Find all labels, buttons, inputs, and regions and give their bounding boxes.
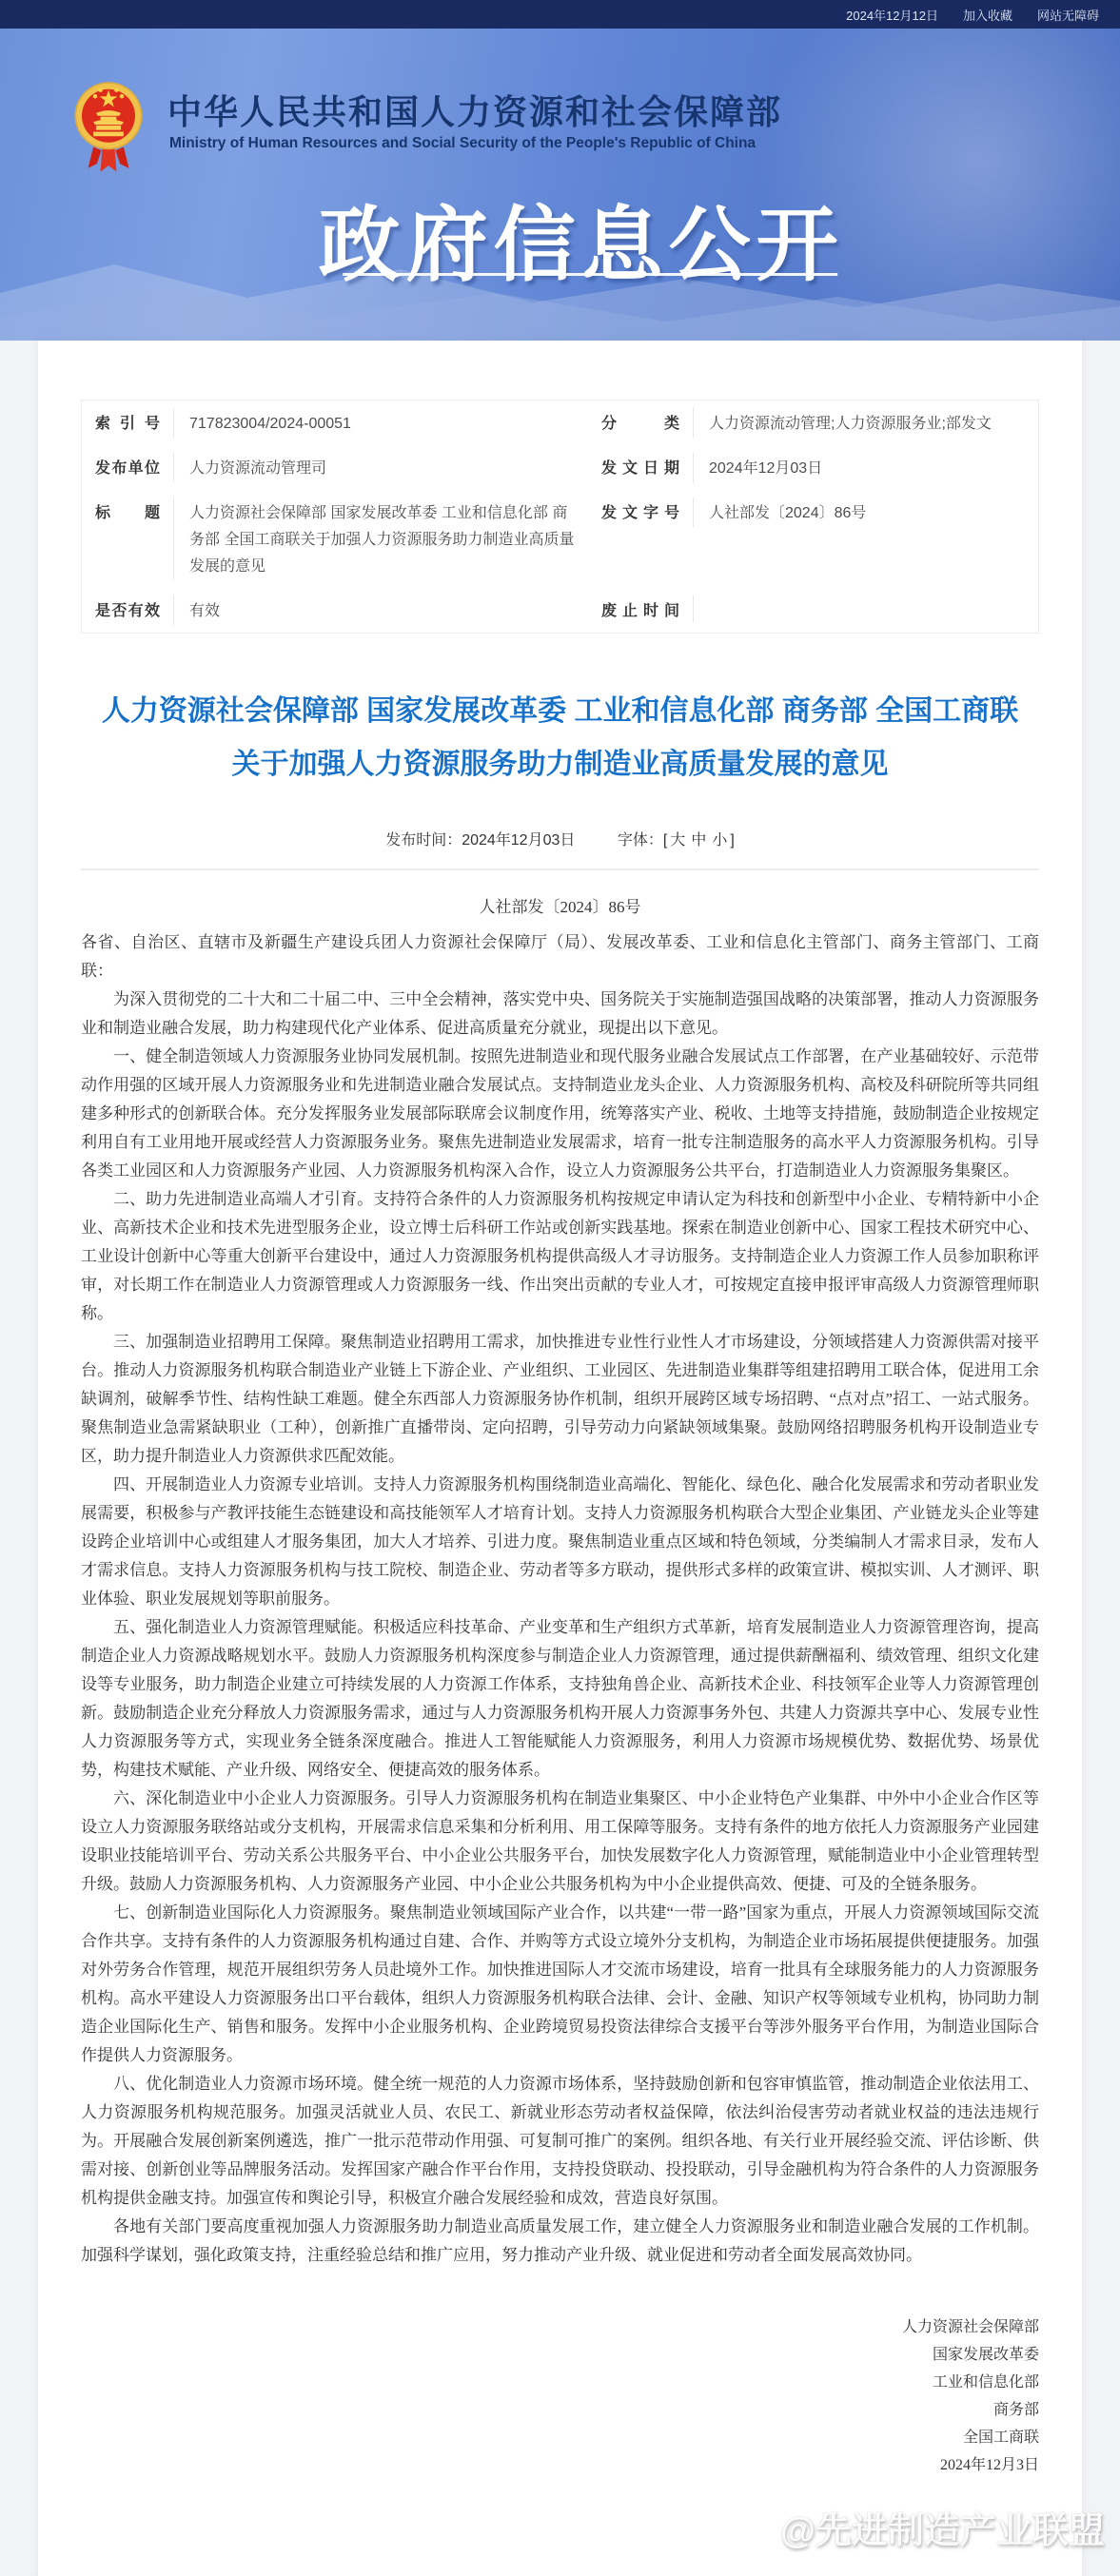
meta-value-index-no: 717823004/2024-00051 bbox=[173, 408, 588, 438]
favorite-link[interactable]: 加入收藏 bbox=[963, 6, 1012, 24]
meta-row: 标题 人力资源社会保障部 国家发展改革委 工业和信息化部 商务部 全国工商联关于… bbox=[82, 490, 1038, 588]
body-paragraph: 七、创新制造业国际化人力资源服务。聚焦制造业领域国际产业合作，以共建“一带一路”… bbox=[81, 1899, 1039, 2070]
signature-line: 人力资源社会保障部 bbox=[81, 2313, 1039, 2341]
meta-table: 索引号 717823004/2024-00051 分类 人力资源流动管理;人力资… bbox=[81, 400, 1039, 634]
meta-label-index-no: 索引号 bbox=[82, 408, 173, 438]
body-paragraph: 二、助力先进制造业高端人才引育。支持符合条件的人力资源服务机构按规定申请认定为科… bbox=[81, 1185, 1039, 1328]
content-divider bbox=[81, 868, 1039, 870]
meta-row: 是否有效 有效 废止时间 bbox=[82, 588, 1038, 633]
meta-value-doc-symbol: 人社部发〔2024〕86号 bbox=[693, 498, 1038, 527]
banner: 中华人民共和国人力资源和社会保障部 Ministry of Human Reso… bbox=[0, 29, 1120, 341]
font-controls-prefix: 字体：[ bbox=[618, 832, 667, 849]
meta-value-repeal-time bbox=[693, 595, 1038, 622]
ministry-name-en: Ministry of Human Resources and Social S… bbox=[169, 135, 756, 152]
doc-number: 人社部发〔2024〕86号 bbox=[81, 893, 1039, 917]
meta-value-category: 人力资源流动管理;人力资源服务业;部发文 bbox=[693, 408, 1038, 438]
body-paragraph: 四、开展制造业人力资源专业培训。支持人力资源服务机构围绕制造业高端化、智能化、绿… bbox=[81, 1471, 1039, 1613]
signature-line: 商务部 bbox=[81, 2396, 1039, 2424]
body-paragraph: 八、优化制造业人力资源市场环境。健全统一规范的人力资源市场体系，坚持鼓励创新和包… bbox=[81, 2070, 1039, 2213]
page-title: 人力资源社会保障部 国家发展改革委 工业和信息化部 商务部 全国工商联关于加强人… bbox=[81, 685, 1039, 791]
meta-label-category: 分类 bbox=[588, 408, 693, 438]
font-size-medium-link[interactable]: 中 bbox=[691, 832, 706, 849]
signature-line: 全国工商联 bbox=[81, 2424, 1039, 2451]
page: 2024年12月12日 加入收藏 网站无障碍 中华 bbox=[0, 0, 1120, 2576]
meta-value-issue-date: 2024年12月03日 bbox=[693, 453, 1038, 482]
meta-label-title: 标题 bbox=[82, 498, 173, 527]
meta-row: 索引号 717823004/2024-00051 分类 人力资源流动管理;人力资… bbox=[82, 400, 1038, 445]
document-body: 各省、自治区、直辖市及新疆生产建设兵团人力资源社会保障厅（局）、发展改革委、工业… bbox=[81, 928, 1039, 2270]
accessibility-link[interactable]: 网站无障碍 bbox=[1037, 6, 1099, 24]
publish-line: 发布时间：2024年12月03日 字体：[大中小] bbox=[81, 828, 1039, 849]
body-paragraph: 各省、自治区、直辖市及新疆生产建设兵团人力资源社会保障厅（局）、发展改革委、工业… bbox=[81, 928, 1039, 986]
meta-row: 发布单位 人力资源流动管理司 发文日期 2024年12月03日 bbox=[82, 445, 1038, 490]
signature-line: 国家发展改革委 bbox=[81, 2341, 1039, 2369]
meta-value-title: 人力资源社会保障部 国家发展改革委 工业和信息化部 商务部 全国工商联关于加强人… bbox=[173, 498, 588, 580]
signature-date: 2024年12月3日 bbox=[81, 2451, 1039, 2479]
national-emblem-icon bbox=[69, 74, 148, 177]
watermark-text: @先进制造产业联盟 bbox=[780, 2501, 1105, 2553]
content-card: 索引号 717823004/2024-00051 分类 人力资源流动管理;人力资… bbox=[38, 341, 1082, 2576]
body-paragraph: 五、强化制造业人力资源管理赋能。积极适应科技革命、产业变革和生产组织方式革新，培… bbox=[81, 1613, 1039, 1785]
ministry-name-cn: 中华人民共和国人力资源和社会保障部 bbox=[167, 86, 782, 134]
meta-value-issuing-unit: 人力资源流动管理司 bbox=[173, 453, 588, 482]
meta-value-validity: 有效 bbox=[173, 595, 588, 625]
meta-label-issue-date: 发文日期 bbox=[588, 453, 693, 482]
meta-label-doc-symbol: 发文字号 bbox=[588, 498, 693, 527]
meta-label-issuing-unit: 发布单位 bbox=[82, 453, 173, 482]
weibo-icon bbox=[727, 2507, 773, 2548]
body-paragraph: 六、深化制造业中小企业人力资源服务。引导人力资源服务机构在制造业集聚区、中小企业… bbox=[81, 1785, 1039, 1899]
body-paragraph: 一、健全制造领域人力资源服务业协同发展机制。按照先进制造业和现代服务业融合发展试… bbox=[81, 1043, 1039, 1185]
font-size-controls: 字体：[大中小] bbox=[618, 832, 735, 849]
signature-block: 人力资源社会保障部 国家发展改革委 工业和信息化部 商务部 全国工商联 2024… bbox=[81, 2313, 1039, 2479]
font-controls-suffix: ] bbox=[730, 832, 734, 849]
banner-title-underline bbox=[343, 273, 837, 276]
top-utility-bar: 2024年12月12日 加入收藏 网站无障碍 bbox=[0, 0, 1120, 29]
body-paragraph: 各地有关部门要高度重视加强人力资源服务助力制造业高质量发展工作，建立健全人力资源… bbox=[81, 2213, 1039, 2270]
font-size-small-link[interactable]: 小 bbox=[712, 832, 727, 849]
body-paragraph: 为深入贯彻党的二十大和二十届二中、三中全会精神，落实党中央、国务院关于实施制造强… bbox=[81, 986, 1039, 1043]
signature-line: 工业和信息化部 bbox=[81, 2369, 1039, 2396]
meta-label-repeal-time: 废止时间 bbox=[588, 595, 693, 625]
body-paragraph: 三、加强制造业招聘用工保障。聚焦制造业招聘用工需求，加快推进专业性行业性人才市场… bbox=[81, 1328, 1039, 1471]
meta-label-validity: 是否有效 bbox=[82, 595, 173, 625]
publish-time: 发布时间：2024年12月03日 bbox=[385, 832, 575, 849]
font-size-large-link[interactable]: 大 bbox=[670, 832, 685, 849]
topbar-date: 2024年12月12日 bbox=[846, 6, 938, 24]
watermark: @先进制造产业联盟 bbox=[727, 2501, 1105, 2553]
banner-title: 政府信息公开 bbox=[319, 179, 844, 297]
